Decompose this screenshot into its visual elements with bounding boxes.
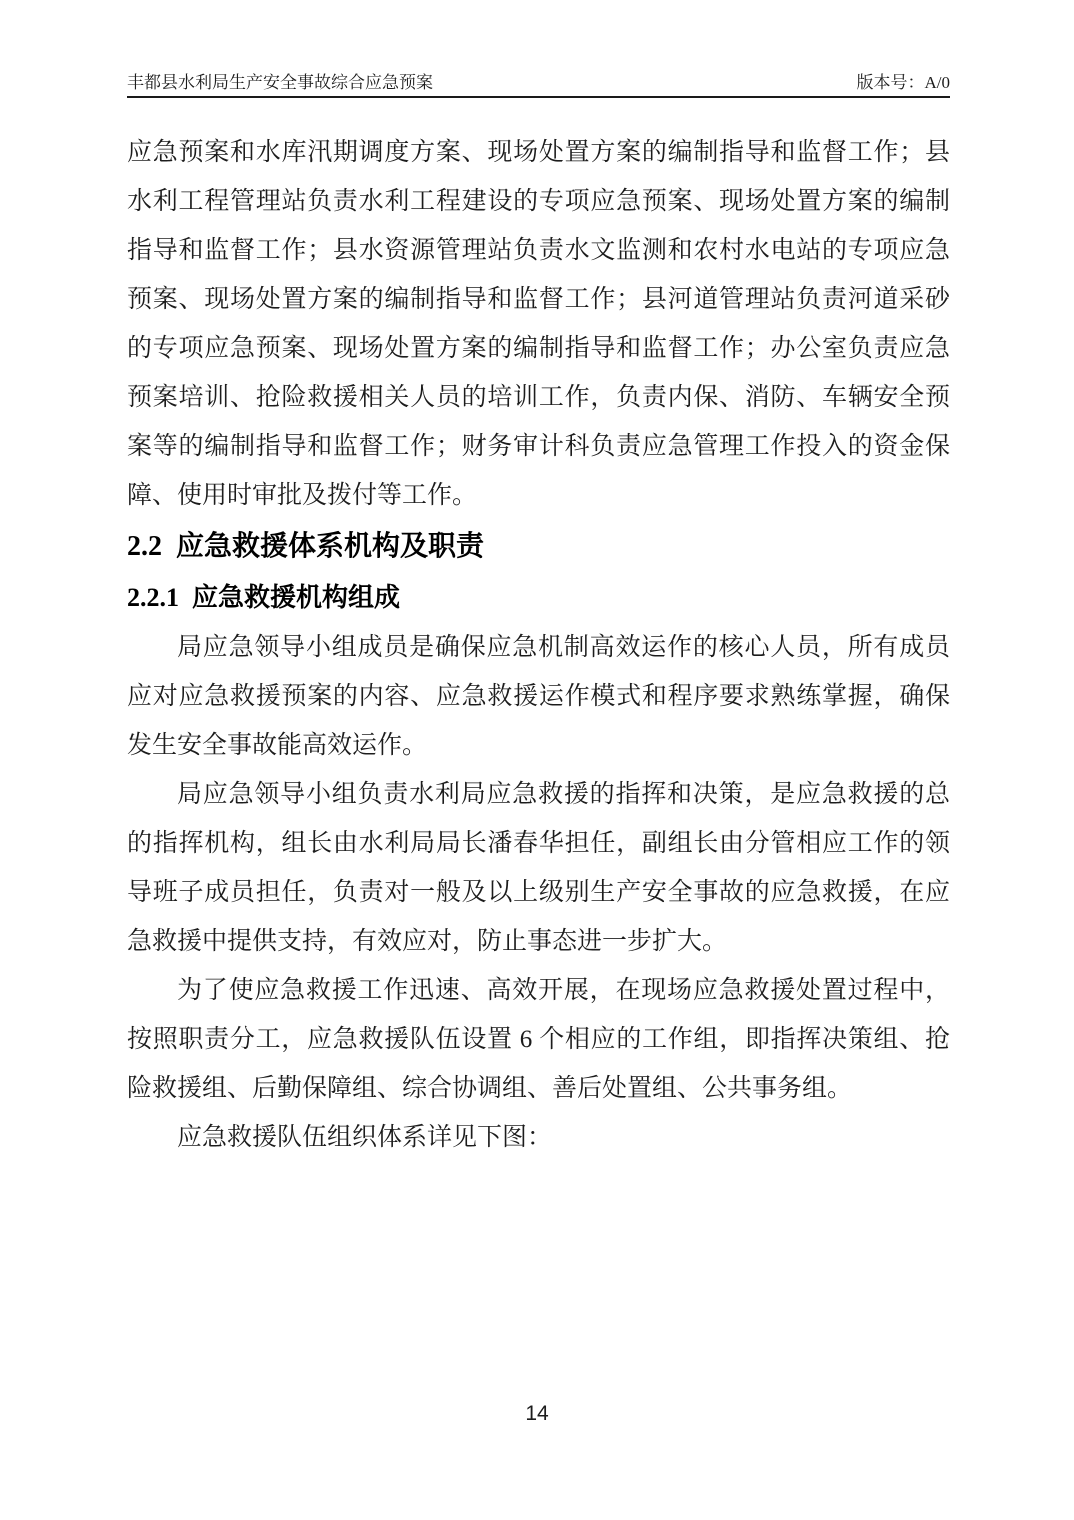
- text-line: 按照职责分工，应急救援队伍设置 6 个相应的工作组，即指挥决策组、抢: [127, 1015, 950, 1064]
- text-line: 发生安全事故能高效运作。: [127, 721, 950, 770]
- text-line: 障、使用时审批及拨付等工作。: [127, 471, 950, 520]
- page-footer: 14: [0, 1402, 1074, 1426]
- text-line: 的指挥机构，组长由水利局局长潘春华担任，副组长由分管相应工作的领: [127, 819, 950, 868]
- text-line: 的专项应急预案、现场处置方案的编制指导和监督工作；办公室负责应急: [127, 324, 950, 373]
- text-line: 预案、现场处置方案的编制指导和监督工作；县河道管理站负责河道采砂: [127, 275, 950, 324]
- text-line: 指导和监督工作；县水资源管理站负责水文监测和农村水电站的专项应急: [127, 226, 950, 275]
- document-body: 应急预案和水库汛期调度方案、现场处置方案的编制指导和监督工作；县水利工程管理站负…: [127, 128, 950, 1162]
- text-line: 险救援组、后勤保障组、综合协调组、善后处置组、公共事务组。: [127, 1064, 950, 1113]
- paragraph: 局应急领导小组负责水利局应急救援的指挥和决策，是应急救援的总的指挥机构，组长由水…: [127, 770, 950, 966]
- document-page: 丰都县水利局生产安全事故综合应急预案 版本号：A/0 应急预案和水库汛期调度方案…: [0, 0, 1074, 1520]
- text-line: 案等的编制指导和监督工作；财务审计科负责应急管理工作投入的资金保: [127, 422, 950, 471]
- text-line: 水利工程管理站负责水利工程建设的专项应急预案、现场处置方案的编制: [127, 177, 950, 226]
- page-header: 丰都县水利局生产安全事故综合应急预案 版本号：A/0: [127, 73, 950, 98]
- text-line: 局应急领导小组成员是确保应急机制高效运作的核心人员，所有成员: [127, 623, 950, 672]
- header-document-title: 丰都县水利局生产安全事故综合应急预案: [127, 73, 433, 92]
- text-line: 急救援中提供支持，有效应对，防止事态进一步扩大。: [127, 917, 950, 966]
- paragraph: 为了使应急救援工作迅速、高效开展，在现场应急救援处置过程中，按照职责分工，应急救…: [127, 966, 950, 1113]
- page-number: 14: [525, 1402, 548, 1425]
- paragraph: 局应急领导小组成员是确保应急机制高效运作的核心人员，所有成员应对应急救援预案的内…: [127, 623, 950, 770]
- text-line: 导班子成员担任，负责对一般及以上级别生产安全事故的应急救援，在应: [127, 868, 950, 917]
- text-line: 应急救援队伍组织体系详见下图：: [127, 1113, 950, 1162]
- text-line: 为了使应急救援工作迅速、高效开展，在现场应急救援处置过程中，: [127, 966, 950, 1015]
- section-heading-2-2-1: 2.2.1 应急救援机构组成: [127, 573, 950, 623]
- section-heading-2-2: 2.2 应急救援体系机构及职责: [127, 520, 950, 573]
- text-line: 预案培训、抢险救援相关人员的培训工作，负责内保、消防、车辆安全预: [127, 373, 950, 422]
- text-line: 应急预案和水库汛期调度方案、现场处置方案的编制指导和监督工作；县: [127, 128, 950, 177]
- paragraph: 应急预案和水库汛期调度方案、现场处置方案的编制指导和监督工作；县水利工程管理站负…: [127, 128, 950, 520]
- text-line: 应对应急救援预案的内容、应急救援运作模式和程序要求熟练掌握，确保: [127, 672, 950, 721]
- text-line: 局应急领导小组负责水利局应急救援的指挥和决策，是应急救援的总: [127, 770, 950, 819]
- paragraph: 应急救援队伍组织体系详见下图：: [127, 1113, 950, 1162]
- header-version-label: 版本号：A/0: [857, 73, 951, 92]
